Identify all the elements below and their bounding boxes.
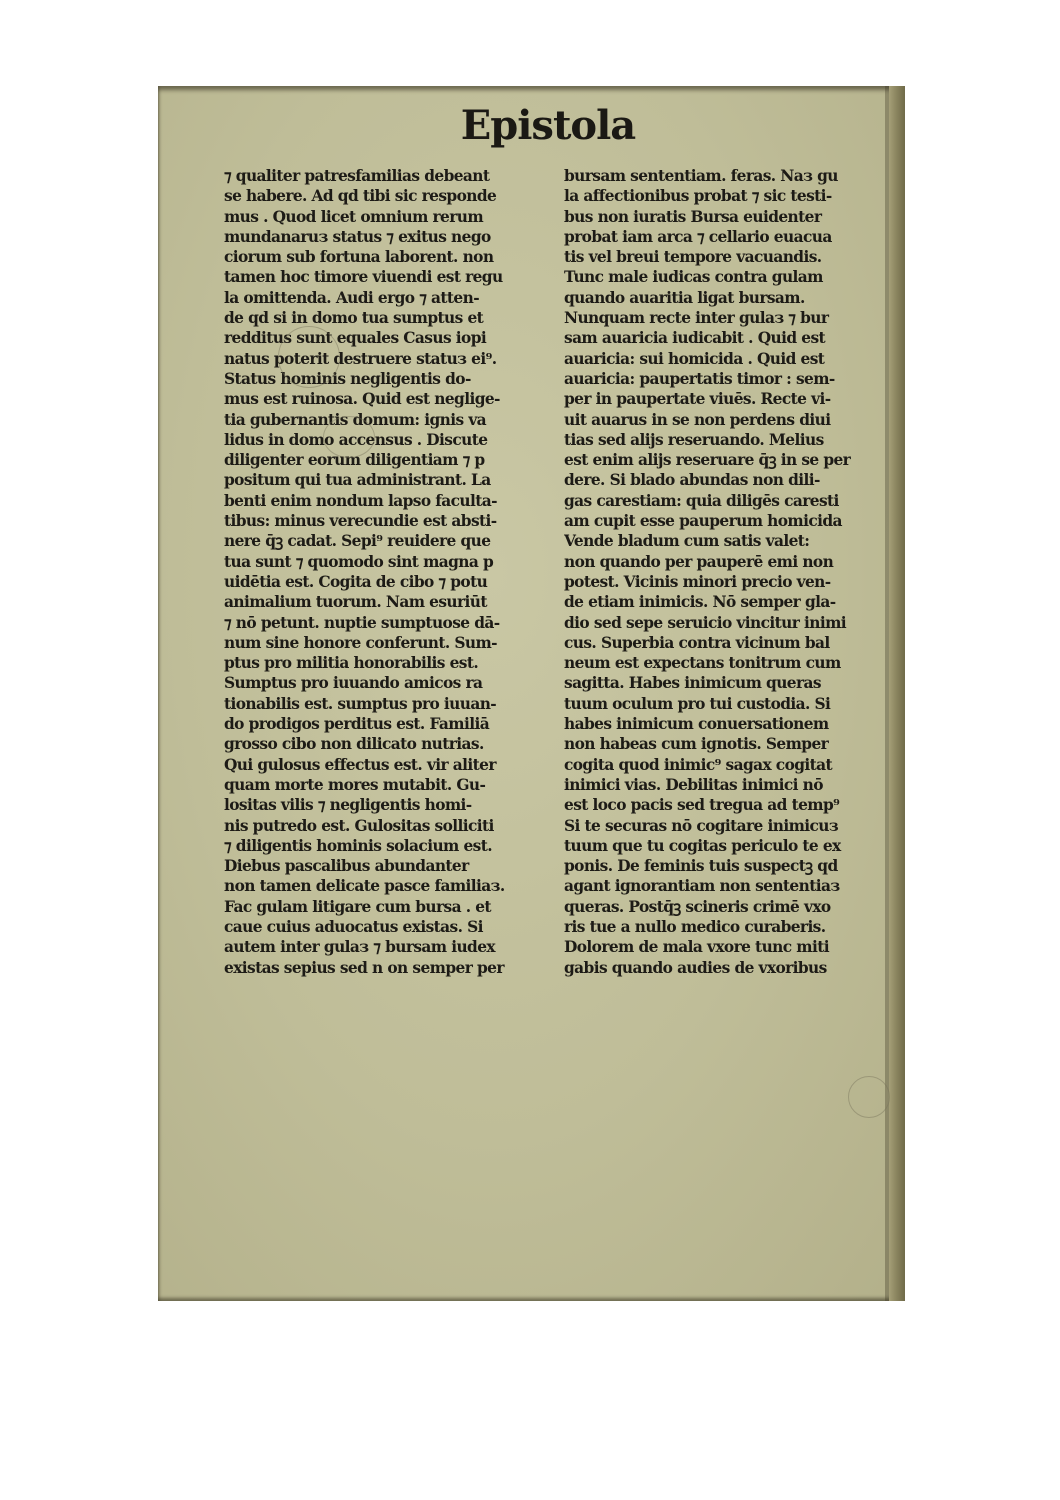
text-line: est enim aliјs reseruare q̄ꝫ in se per (564, 450, 894, 470)
text-line: gabis quando audies de vxoribus (564, 958, 894, 978)
text-line: do prodigos perditus est. Familiā (224, 714, 544, 734)
text-line: Qui gulosus effectus est. vir aliter (224, 755, 544, 775)
text-line: tibus: minus verecundie est absti- (224, 511, 544, 531)
text-line: autem inter gulaз ⁊ bursam iudex (224, 937, 544, 957)
text-line: neum est expectans tonitrum cum (564, 653, 894, 673)
text-line: quam morte mores mutabit. Gu- (224, 775, 544, 795)
text-line: queras. Postq̄ꝫ scineris crimē vxo (564, 897, 894, 917)
text-line: nere q̄ꝫ cadat. Sepi⁹ reuidere que (224, 531, 544, 551)
text-line: la omittenda. Audi ergo ⁊ atten- (224, 288, 544, 308)
running-head: Epistola (458, 102, 638, 149)
text-line: sagitta. Habes inimicum queras (564, 673, 894, 693)
left-text-column: ⁊ qualiter patresfamilias debeantse habe… (224, 166, 544, 978)
text-line: cogita quod inimic⁹ sagax cogitat (564, 755, 894, 775)
text-line: tias sed aliјs reseruando. Melius (564, 430, 894, 450)
text-line: lidus in domo accensus . Discute (224, 430, 544, 450)
text-line: Vende bladum cum satis valet: (564, 531, 894, 551)
text-line: dere. Si blado abundas non dili- (564, 470, 894, 490)
text-line: dio sed sepe seruicio vincitur inimi (564, 613, 894, 633)
text-line: auaricia: paupertatis timor : sem- (564, 369, 894, 389)
text-line: potest. Vicinis minori precio ven- (564, 572, 894, 592)
text-line: Sumptus pro iuuando amicos ra (224, 673, 544, 693)
text-line: ris tue a nullo medico curaberis. (564, 917, 894, 937)
text-line: bus non iuratis Bursa euidenter (564, 207, 894, 227)
text-line: ⁊ nō petunt. nuptie sumptuose dā- (224, 613, 544, 633)
text-line: cus. Superbia contra vicinum bal (564, 633, 894, 653)
text-line: est loco pacis sed tregua ad temp⁹ (564, 795, 894, 815)
text-line: Si te securas nō cogitare inimicuз (564, 816, 894, 836)
text-line: inimici vias. Debilitas inimici nō (564, 775, 894, 795)
text-line: auaricia: sui homicida . Quid est (564, 349, 894, 369)
text-line: non habeas cum ignotis. Semper (564, 734, 894, 754)
text-line: Fac gulam litigare cum bursa . et (224, 897, 544, 917)
library-stamp-circle (323, 416, 375, 458)
text-line: nis putredo est. Gulositas solliciti (224, 816, 544, 836)
text-line: ciorum sub fortuna laborent. non (224, 247, 544, 267)
text-line: tionabilis est. sumptus pro iuuan- (224, 694, 544, 714)
text-line: uidētia est. Cogita de cibo ⁊ potu (224, 572, 544, 592)
text-line: animalium tuorum. Nam esuriūt (224, 592, 544, 612)
text-line: tis vel breui tempore vacuandis. (564, 247, 894, 267)
library-stamp-circle (278, 326, 340, 388)
text-line: caue cuius aduocatus existas. Si (224, 917, 544, 937)
text-line: ⁊ diligentis hominis solacium est. (224, 836, 544, 856)
text-line: existas sepius sed n on semper per (224, 958, 544, 978)
text-line: agant ignorantiam non sententiaз (564, 876, 894, 896)
right-text-column: bursam sententiam. feras. Naз gula affec… (564, 166, 894, 978)
text-line: tuum oculum pro tui custodia. Si (564, 694, 894, 714)
text-line: positum qui tua administrant. La (224, 470, 544, 490)
text-line: Tunc male iudicas contra gulam (564, 267, 894, 287)
text-line: natus poterit destruere statuз ei⁹. (224, 349, 544, 369)
library-stamp-circle (848, 1076, 890, 1118)
text-line: de etiam inimicis. Nō semper gla- (564, 592, 894, 612)
text-line: gas carestiam: quia diligēs caresti (564, 491, 894, 511)
text-line: num sine honore conferunt. Sum- (224, 633, 544, 653)
text-line: mus est ruinosa. Quid est neglige- (224, 389, 544, 409)
text-line: Nunquam recte inter gulaз ⁊ bur (564, 308, 894, 328)
text-line: tia gubernantis domum: ignis va (224, 410, 544, 430)
text-line: se habere. Ad qd tibi sic responde (224, 186, 544, 206)
text-line: tuum que tu cogitas periculo te ex (564, 836, 894, 856)
text-line: per in paupertate viuēs. Recte vi- (564, 389, 894, 409)
text-line: non tamen delicate pasce familiaз. (224, 876, 544, 896)
manuscript-page: Epistola ⁊ qualiter patresfamilias debea… (158, 86, 905, 1301)
text-line: ponis. De feminis tuis suspectꝫ qd (564, 856, 894, 876)
text-line: habes inimicum conuersationem (564, 714, 894, 734)
text-line: bursam sententiam. feras. Naз gu (564, 166, 894, 186)
text-line: tua sunt ⁊ quomodo sint magna p (224, 552, 544, 572)
text-line: uit auarus in se non perdens diui (564, 410, 894, 430)
text-line: grosso cibo non dilicato nutrias. (224, 734, 544, 754)
text-line: sam auaricia iudicabit . Quid est (564, 328, 894, 348)
text-line: redditus sunt equales Casus iopi (224, 328, 544, 348)
text-line: tamen hoc timore viuendi est regu (224, 267, 544, 287)
text-line: de qd si in domo tua sumptus et (224, 308, 544, 328)
text-line: non quando per pauperē emi non (564, 552, 894, 572)
text-line: ⁊ qualiter patresfamilias debeant (224, 166, 544, 186)
text-line: Diebus pascalibus abundanter (224, 856, 544, 876)
text-line: diligenter eorum diligentiam ⁊ p (224, 450, 544, 470)
text-line: quando auaritia ligat bursam. (564, 288, 894, 308)
text-line: mundanaruз status ⁊ exitus nego (224, 227, 544, 247)
text-line: benti enim nondum lapso facultа- (224, 491, 544, 511)
text-line: Status hominis negligentis do- (224, 369, 544, 389)
text-line: probat iam arca ⁊ cellario euacua (564, 227, 894, 247)
text-line: Dolorem de mala vxore tunc miti (564, 937, 894, 957)
text-line: lositas vilis ⁊ negligentis homi- (224, 795, 544, 815)
text-line: ptus pro militia honorabilis est. (224, 653, 544, 673)
text-line: la affectionibus probat ⁊ sic testi- (564, 186, 894, 206)
text-line: am cupit esse pauperum homicida (564, 511, 894, 531)
text-line: mus . Quod licet omnium rerum (224, 207, 544, 227)
